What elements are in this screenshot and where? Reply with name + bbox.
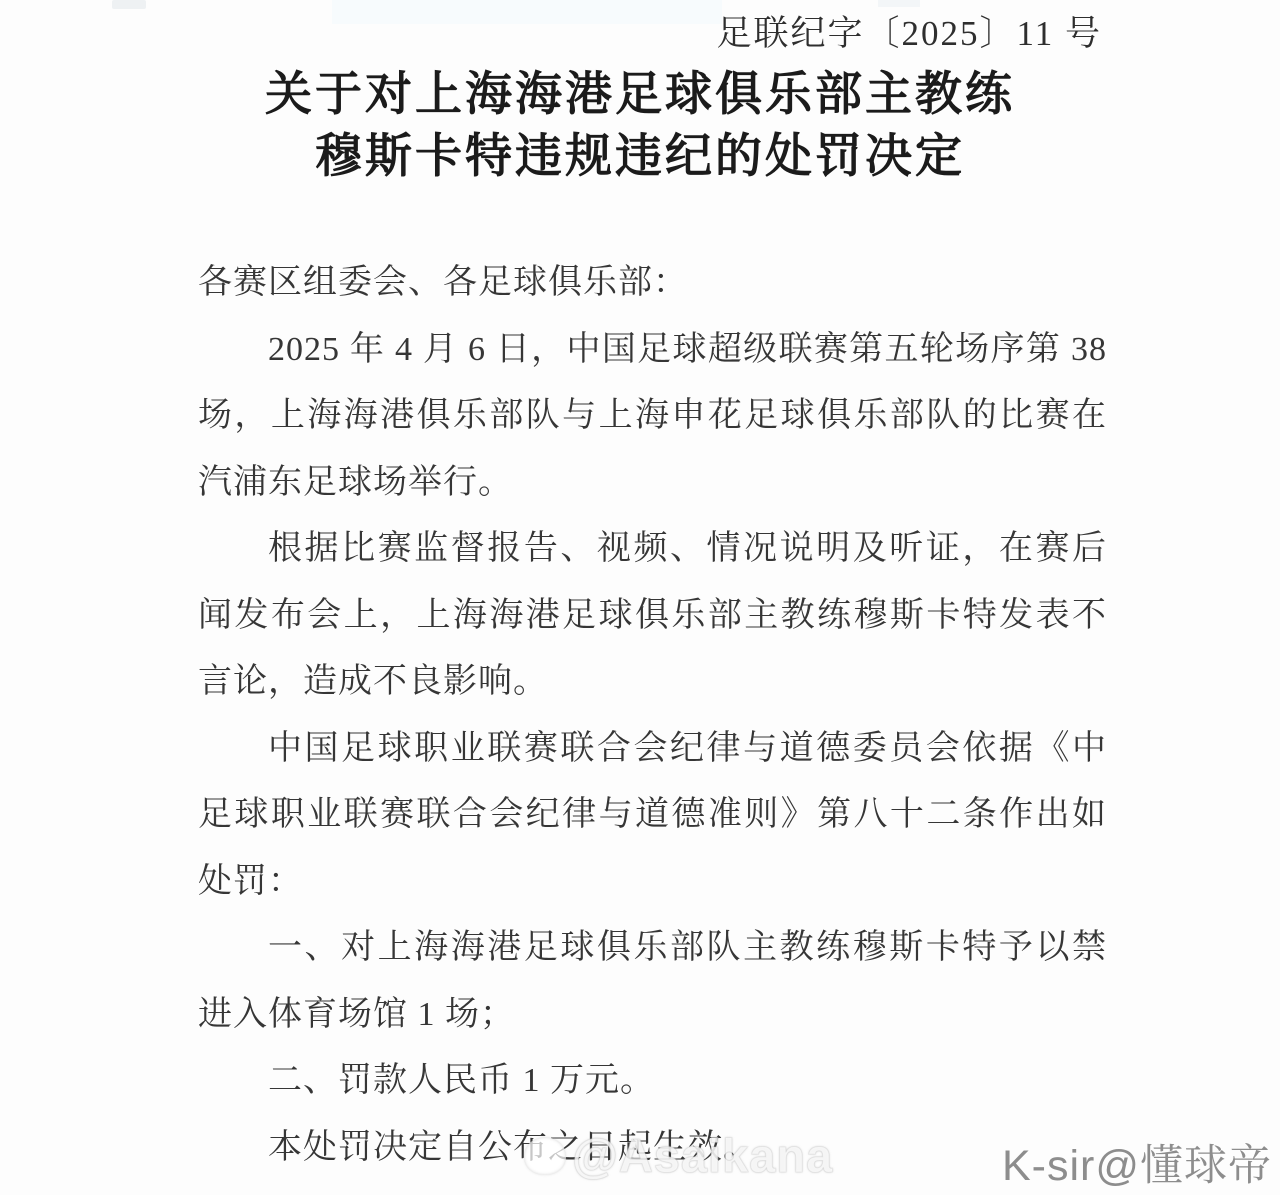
doc-line-penalty-2: 二、罚款人民币 1 万元。 xyxy=(198,1048,1107,1115)
doc-line: 言论，造成不良影响。 xyxy=(198,649,1107,716)
doc-line: 汽浦东足球场举行。 xyxy=(198,450,1107,517)
doc-line: 根据比赛监督报告、视频、情况说明及听证，在赛后新 xyxy=(198,516,1107,583)
doc-line: 中国足球职业联赛联合会纪律与道德委员会依据《中国 xyxy=(198,716,1107,783)
document-title: 关于对上海海港足球俱乐部主教练 穆斯卡特违规违纪的处罚决定 xyxy=(0,64,1280,188)
doc-line: 处罚： xyxy=(198,849,1107,916)
corner-watermark: K-sir@懂球帝 xyxy=(1002,1132,1272,1193)
doc-line-penalty-1b: 进入体育场馆 1 场； xyxy=(198,982,1107,1049)
doc-line-salutation: 各赛区组委会、各足球俱乐部： xyxy=(198,250,1107,317)
doc-line: 足球职业联赛联合会纪律与道德准则》第八十二条作出如下 xyxy=(198,782,1107,849)
scan-artifact xyxy=(332,0,722,24)
document-title-line-2: 穆斯卡特违规违纪的处罚决定 xyxy=(0,126,1280,188)
scanned-document-page: 足联纪字〔2025〕11 号 关于对上海海港足球俱乐部主教练 穆斯卡特违规违纪的… xyxy=(0,0,1280,1195)
doc-line-penalty-1: 一、对上海海港足球俱乐部队主教练穆斯卡特予以禁止 xyxy=(198,915,1107,982)
scan-artifact xyxy=(112,0,146,9)
doc-line-effective: 本处罚决定自公布之日起生效。 xyxy=(198,1115,1107,1182)
doc-line: 闻发布会上，上海海港足球俱乐部主教练穆斯卡特发表不当 xyxy=(198,583,1107,650)
doc-line: 2025 年 4 月 6 日，中国足球超级联赛第五轮场序第 38 xyxy=(198,317,1107,384)
document-body: 各赛区组委会、各足球俱乐部： 2025 年 4 月 6 日，中国足球超级联赛第五… xyxy=(198,250,1107,1181)
document-title-line-1: 关于对上海海港足球俱乐部主教练 xyxy=(0,64,1280,126)
doc-line: 场，上海海港俱乐部队与上海申花足球俱乐部队的比赛在上 xyxy=(198,383,1107,450)
document-reference-number: 足联纪字〔2025〕11 号 xyxy=(717,6,1102,56)
